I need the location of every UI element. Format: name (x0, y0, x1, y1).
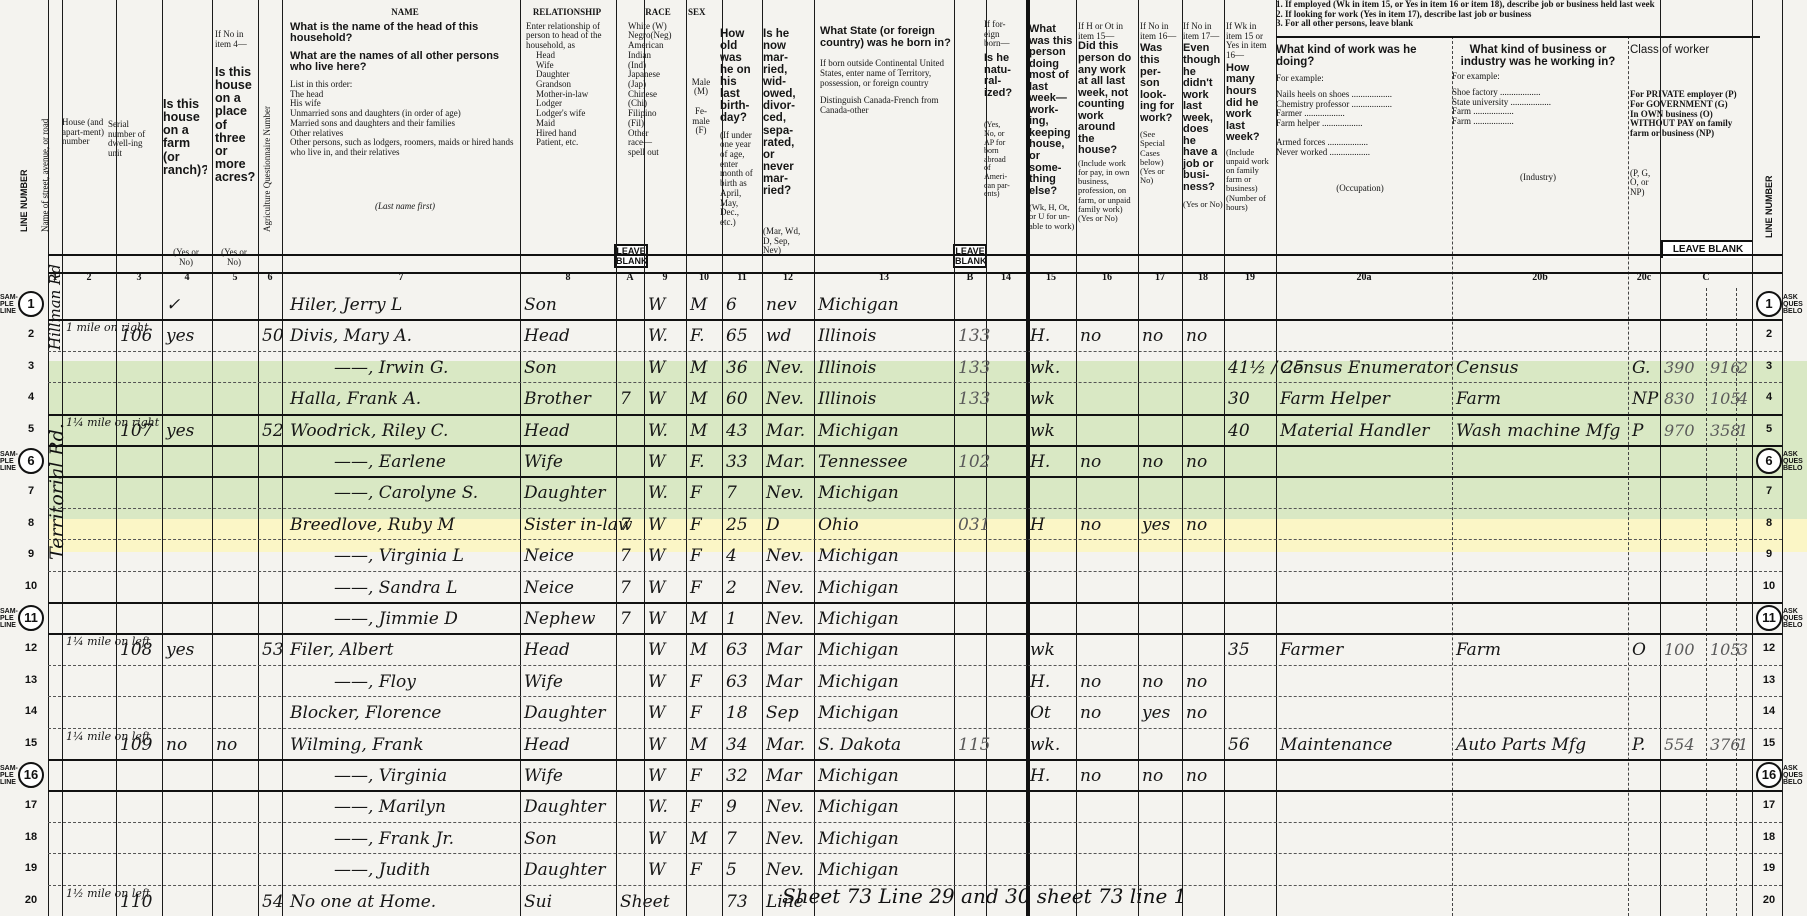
name-cell: ——, Judith (334, 853, 431, 884)
leave-blank-a-cell: 7 (620, 539, 631, 570)
farm-cell: ✓ (166, 288, 180, 319)
address-cell (66, 855, 160, 886)
marital-status-cell: D (766, 508, 780, 539)
activity-cell: wk. (1030, 728, 1060, 759)
name-cell: Filer, Albert (290, 633, 393, 664)
leave-blank-b-cell: 133 (958, 351, 990, 382)
header-c7-hint: (Last name first) (290, 202, 520, 212)
header-c13-question: What State (or foreign country) was he b… (820, 26, 960, 49)
column-number: 17 (1138, 272, 1182, 288)
line-number-left: 20 (20, 894, 42, 906)
name-cell: ——, Floy (334, 665, 416, 696)
relationship-cell: Nephew (524, 602, 595, 633)
line-number-left: 7 (20, 485, 42, 497)
birthplace-cell: Tennessee (818, 445, 908, 476)
coding-cell-c1: 390 (1664, 351, 1695, 382)
header-list-item: List in this order: (290, 80, 520, 90)
address-cell (66, 667, 160, 698)
address-cell (66, 510, 160, 541)
address-cell (66, 604, 160, 635)
header-c18-hint: (Yes or No) (1183, 200, 1223, 209)
race-cell: W. (648, 319, 668, 350)
line-number-label-left: LINE NUMBER (19, 170, 29, 233)
age-cell: 2 (726, 571, 737, 602)
street-annotation-territorial: Territorial Rd. (46, 423, 68, 560)
header-c12-question: Is he now mar-ried, wid-owed, divor-ced,… (763, 28, 807, 197)
table-row: 77——, Carolyne S.DaughterW.F7Nev.Michiga… (0, 476, 1807, 507)
marital-status-cell: Nev. (766, 351, 804, 382)
line-number-left: 15 (20, 737, 42, 749)
occupation-cell: Farm Helper (1280, 382, 1390, 413)
header-c8-text: Enter relationship of person to head of … (526, 22, 608, 51)
age-cell: 6 (726, 288, 737, 319)
name-cell: ——, Carolyne S. (334, 476, 478, 507)
header-divider (48, 272, 1782, 274)
header-c18-pre: If No in item 17— (1183, 22, 1223, 41)
table-row: 1919——, JudithDaughterWF5Nev.Michigan (0, 853, 1807, 884)
column-number: 18 (1182, 272, 1224, 288)
acres-cell: no (216, 728, 237, 759)
column-number: 11 (722, 272, 762, 288)
agri-number-cell: 54 (262, 885, 284, 916)
birthplace-cell: Michigan (818, 633, 899, 664)
marital-status-cell: Nev. (766, 822, 804, 853)
address-cell (66, 573, 160, 604)
coding-cell-c3: 4 (1738, 382, 1748, 413)
race-cell: W. (648, 414, 668, 445)
coding-cell-c2: 376 (1710, 728, 1741, 759)
header-c14: If for-eign born— Is he natu-ral-ized? (… (984, 20, 1014, 199)
birthplace-cell: Michigan (818, 853, 899, 884)
marital-status-cell: Mar (766, 665, 802, 696)
header-c14-question: Is he natu-ral-ized? (984, 53, 1014, 99)
header-c13-text2: Distinguish Canada-French from Canada-ot… (820, 96, 960, 115)
has-job-cell: no (1186, 665, 1207, 696)
birthplace-cell: Michigan (818, 288, 899, 319)
activity-cell: H. (1030, 759, 1050, 790)
coding-cell-c2: 916 (1710, 351, 1741, 382)
header-list-item: Patient, etc. (536, 138, 608, 148)
name-cell: ——, Virginia L (334, 539, 464, 570)
header-c20b: What kind of business or industry was he… (1452, 44, 1624, 182)
farm-cell: yes (166, 633, 194, 664)
table-row: 551¼ mile on right107yes52Woodrick, Rile… (0, 414, 1807, 445)
did-work-cell: no (1080, 508, 1101, 539)
line-number-label-right: LINE NUMBER (1764, 176, 1774, 239)
table-row: 33——, Irwin G.SonWM36Nev.Illinois133wk.4… (0, 351, 1807, 382)
marital-status-cell: Mar. (766, 414, 805, 445)
did-work-cell: no (1080, 696, 1101, 727)
age-cell: 65 (726, 319, 748, 350)
footer-note: Sheet 73 Line 29 and 30 sheet 73 line 1 (782, 884, 1186, 908)
race-cell: W (648, 633, 665, 664)
column-number: 8 (520, 272, 616, 288)
did-work-cell: no (1080, 445, 1101, 476)
activity-cell: wk (1030, 382, 1055, 413)
race-cell: W (648, 288, 665, 319)
column-number: 2 (62, 272, 116, 288)
line-number-left: 3 (20, 360, 42, 372)
coding-cell-c3: 1 (1738, 414, 1748, 445)
header-c20c-list: For PRIVATE employer (P)For GOVERNMENT (… (1630, 90, 1752, 139)
relationship-cell: Daughter (524, 790, 606, 821)
looking-for-work-cell: yes (1142, 696, 1170, 727)
relationship-cell: Head (524, 414, 570, 445)
agri-number-cell: 52 (262, 414, 284, 445)
line-number-left: 2 (20, 328, 42, 340)
sex-cell: F. (690, 445, 705, 476)
hours-cell: 35 (1228, 633, 1250, 664)
leave-blank-a-cell: 7 (620, 602, 631, 633)
relationship-cell: Wife (524, 759, 563, 790)
birthplace-cell: Michigan (818, 790, 899, 821)
coding-cell-c3: 1 (1738, 728, 1748, 759)
activity-cell: wk. (1030, 351, 1060, 382)
industry-cell: Census (1456, 351, 1518, 382)
relationship-cell: Sui (524, 885, 552, 916)
header-c10: SEX Male(M) Fe-male(F) (688, 8, 714, 136)
name-cell: Wilming, Frank (290, 728, 424, 759)
relationship-cell: Wife (524, 665, 563, 696)
age-cell: 63 (726, 665, 748, 696)
line-number-right: 5 (1758, 423, 1780, 435)
race-cell: W (648, 665, 665, 696)
hours-cell: 30 (1228, 382, 1250, 413)
birthplace-cell: Michigan (818, 696, 899, 727)
header-c19: If Wk in item 15 or Yes in item 16— How … (1226, 22, 1272, 212)
class-of-worker-cell: NP (1632, 382, 1658, 413)
looking-for-work-cell: no (1142, 319, 1163, 350)
line-number-right: 3 (1758, 360, 1780, 372)
relationship-cell: Daughter (524, 696, 606, 727)
race-cell: W (648, 696, 665, 727)
coding-cell-c2: 105 (1710, 382, 1741, 413)
industry-cell: Farm (1456, 633, 1501, 664)
age-cell: 36 (726, 351, 748, 382)
column-number: 13 (814, 272, 954, 288)
did-work-cell: no (1080, 759, 1101, 790)
farm-cell: yes (166, 414, 194, 445)
column-number: 16 (1076, 272, 1138, 288)
birthplace-cell: Michigan (818, 571, 899, 602)
house-number-cell: 110 (120, 885, 152, 916)
leave-blank-a: LEAVEBLANK (614, 244, 648, 268)
header-c18: If No in item 17— Even though he didn't … (1183, 22, 1223, 209)
address-cell (66, 541, 160, 572)
age-cell: 32 (726, 759, 748, 790)
leave-blank-b-cell: 102 (958, 445, 990, 476)
race-cell: W. (648, 476, 668, 507)
header-c10-title: SEX (688, 8, 714, 18)
header-c18-question: Even though he didn't work last week, do… (1183, 43, 1223, 193)
age-cell: 63 (726, 633, 748, 664)
has-job-cell: no (1186, 759, 1207, 790)
name-cell: Hiler, Jerry L (290, 288, 402, 319)
header-c16: If H or Ot in item 15— Did this person d… (1078, 22, 1134, 223)
table-row: 1414Blocker, FlorenceDaughterWF18SepMich… (0, 696, 1807, 727)
class-of-worker-cell: O (1632, 633, 1646, 664)
has-job-cell: no (1186, 508, 1207, 539)
coding-cell-c1: 830 (1664, 382, 1695, 413)
sample-line-number-right: 1 (1756, 291, 1782, 317)
race-cell: W (648, 728, 665, 759)
age-cell: 60 (726, 382, 748, 413)
column-number: 4 (162, 272, 212, 288)
header-c17-pre: If No in item 16— (1140, 22, 1178, 41)
header-c20c-title: Class of worker (1630, 44, 1752, 56)
column-number: 10 (686, 272, 722, 288)
header-c16-question: Did this person do any work at all last … (1078, 41, 1134, 156)
column-number: 6 (258, 272, 282, 288)
age-cell: 4 (726, 539, 737, 570)
age-cell: 73 (726, 885, 748, 916)
line-number-left: 5 (20, 423, 42, 435)
line-number-right: 7 (1758, 485, 1780, 497)
looking-for-work-cell: no (1142, 665, 1163, 696)
header-c13: What State (or foreign country) was he b… (820, 26, 960, 116)
has-job-cell: no (1186, 445, 1207, 476)
header-c5-hint: (Yes or No) (214, 248, 254, 267)
column-number: B (954, 272, 986, 288)
address-cell (66, 792, 160, 823)
table-row: 221 mile on right106yes50Divis, Mary A.H… (0, 319, 1807, 350)
relationship-cell: Brother (524, 382, 591, 413)
table-row: 11SAM-PLELINE11ASKQUESBELO——, Jimmie DNe… (0, 602, 1807, 633)
line-number-right: 19 (1758, 862, 1780, 874)
sample-line-number-right: 16 (1756, 762, 1782, 788)
sex-cell: F (690, 696, 702, 727)
relationship-cell: Son (524, 822, 557, 853)
column-number: 20a (1276, 272, 1452, 288)
coding-cell-c1: 100 (1664, 633, 1695, 664)
looking-for-work-cell: yes (1142, 508, 1170, 539)
name-cell: ——, Jimmie D (334, 602, 458, 633)
age-cell: 9 (726, 790, 737, 821)
leave-blank-a-cell: 7 (620, 382, 631, 413)
header-list-item: WITHOUT PAY on family farm or business (… (1630, 119, 1752, 138)
leave-blank-a-cell: Sheet (620, 885, 670, 916)
hours-cell: 56 (1228, 728, 1250, 759)
sample-line-label: SAM-PLELINE (0, 451, 18, 472)
occupation-cell: Material Handler (1280, 414, 1429, 445)
occupation-cell: Maintenance (1280, 728, 1392, 759)
industry-cell: Farm (1456, 382, 1501, 413)
sex-cell: F. (690, 319, 705, 350)
header-c5-pre: If No in item 4— (215, 30, 255, 49)
did-work-cell: no (1080, 665, 1101, 696)
column-number: 15 (1026, 272, 1076, 288)
header-c17-question: Was this per-son look-ing for work? (1140, 43, 1178, 124)
birthplace-cell: Ohio (818, 508, 859, 539)
header-c9-title: RACE (628, 8, 688, 18)
marital-status-cell: Nev. (766, 382, 804, 413)
header-c16-hint: (Include work for pay, in own business, … (1078, 159, 1134, 223)
did-work-cell: no (1080, 319, 1101, 350)
sample-line-label: SAM-PLELINE (0, 765, 18, 786)
leave-blank-b-cell: 133 (958, 382, 990, 413)
header-c15-hint: (Wk, H, Ot, or U for un-able to work) (1029, 203, 1075, 231)
marital-status-cell: Sep (766, 696, 799, 727)
address-cell (66, 447, 160, 478)
activity-cell: H. (1030, 665, 1050, 696)
header-c19-pre: If Wk in item 15 or Yes in item 16— (1226, 22, 1272, 61)
sex-cell: M (690, 822, 707, 853)
column-number: 5 (212, 272, 258, 288)
leave-blank-a-cell: 7 (620, 571, 631, 602)
relationship-cell: Head (524, 728, 570, 759)
race-cell: W (648, 508, 665, 539)
marital-status-cell: Mar. (766, 728, 805, 759)
birthplace-cell: Illinois (818, 382, 876, 413)
header-c13-text1: If born outside Continental United State… (820, 59, 960, 88)
header-c4-hint: (Yes or No) (166, 248, 206, 267)
header-list-item: (F) (688, 126, 714, 136)
sex-cell: M (690, 414, 707, 445)
relationship-cell: Son (524, 351, 557, 382)
address-cell (66, 478, 160, 509)
header-c15: What was this person doing most of last … (1029, 24, 1075, 231)
age-cell: 43 (726, 414, 748, 445)
class-of-worker-cell: P. (1632, 728, 1645, 759)
house-number-cell: 108 (120, 633, 152, 664)
line-number-right: 12 (1758, 642, 1780, 654)
name-cell: Halla, Frank A. (290, 382, 421, 413)
leave-blank-a-cell: 7 (620, 508, 631, 539)
sex-cell: F (690, 665, 702, 696)
occupation-cell: Census Enumerator (1280, 351, 1452, 382)
activity-cell: wk (1030, 414, 1055, 445)
table-row: 44Halla, Frank A.Brother7WM60Nev.Illinoi… (0, 382, 1807, 413)
birthplace-cell: Michigan (818, 602, 899, 633)
house-number-cell: 106 (120, 319, 152, 350)
has-job-cell: no (1186, 319, 1207, 350)
header-c20a: What kind of work was he doing? For exam… (1276, 44, 1444, 194)
name-cell: Woodrick, Riley C. (290, 414, 448, 445)
house-number-cell: 107 (120, 414, 152, 445)
header-c9-list: White (W)Negro(Neg)AmericanIndian(Ind)Ja… (628, 22, 688, 158)
sex-cell: F (690, 853, 702, 884)
marital-status-cell: Nev. (766, 790, 804, 821)
header-divider (48, 254, 1782, 256)
name-cell: ——, Frank Jr. (334, 822, 454, 853)
birthplace-cell: Michigan (818, 759, 899, 790)
name-cell: ——, Irwin G. (334, 351, 448, 382)
line-number-left: 14 (20, 705, 42, 717)
race-cell: W. (648, 790, 668, 821)
sex-cell: F (690, 759, 702, 790)
age-cell: 7 (726, 476, 737, 507)
line-number-right: 8 (1758, 517, 1780, 529)
marital-status-cell: nev (766, 288, 797, 319)
street-annotation-hillman: Hillman Rd (46, 264, 64, 350)
line-number-right: 18 (1758, 831, 1780, 843)
activity-cell: wk (1030, 633, 1055, 664)
industry-cell: Wash machine Mfg (1456, 414, 1620, 445)
leave-blank-b-cell: 115 (958, 728, 990, 759)
agri-number-cell: 53 (262, 633, 284, 664)
name-cell: ——, Earlene (334, 445, 446, 476)
header-c12-hint: (Mar, Wd, D, Sep, Nev) (763, 227, 807, 256)
line-number-right: 15 (1758, 737, 1780, 749)
column-number: C (1660, 272, 1752, 288)
sample-line-label: SAM-PLELINE (0, 608, 18, 629)
header-c4-question: Is this house on a farm (or ranch)? (163, 98, 207, 177)
looking-for-work-cell: no (1142, 445, 1163, 476)
column-number: 20c (1628, 272, 1660, 288)
table-row: 1717——, MarilynDaughterW.F9Nev.Michigan (0, 790, 1807, 821)
header-c20a-hint: (Occupation) (1276, 184, 1444, 194)
header-c20c-hint: (P, G, O, or NP) (1630, 169, 1656, 198)
header-list-item: Farm helper .................. (1276, 119, 1444, 129)
birthplace-cell: Michigan (818, 822, 899, 853)
class-of-worker-cell: G. (1632, 351, 1650, 382)
header-c17: If No in item 16— Was this per-son look-… (1140, 22, 1178, 185)
relationship-cell: Sister in-law (524, 508, 632, 539)
line-number-left: 12 (20, 642, 42, 654)
relationship-cell: Daughter (524, 853, 606, 884)
race-cell: W (648, 571, 665, 602)
industry-cell: Auto Parts Mfg (1456, 728, 1586, 759)
age-cell: 34 (726, 728, 748, 759)
header-list-item: Farm .................. (1452, 117, 1624, 127)
ask-questions-below-label: ASKQUESBELO (1783, 294, 1803, 315)
header-instructions: 1. If employed (Wk in item 15, or Yes in… (1276, 0, 1756, 29)
agri-number-cell: 50 (262, 319, 284, 350)
sex-cell: M (690, 602, 707, 633)
marital-status-cell: Nev. (766, 571, 804, 602)
address-cell (66, 290, 160, 321)
age-cell: 7 (726, 822, 737, 853)
line-number-left: 17 (20, 799, 42, 811)
sample-line-number-right: 11 (1756, 605, 1782, 631)
leave-blank-b: LEAVEBLANK (953, 244, 987, 268)
has-job-cell: no (1186, 696, 1207, 727)
header-list-item: spell out (628, 148, 688, 158)
table-row: 88Breedlove, Ruby MSister in-law7WF25DOh… (0, 508, 1807, 539)
address-cell (66, 824, 160, 855)
sex-cell: M (690, 288, 707, 319)
line-number-left: 4 (20, 391, 42, 403)
hours-cell: 40 (1228, 414, 1250, 445)
column-number: 14 (986, 272, 1026, 288)
name-cell: ——, Marilyn (334, 790, 446, 821)
table-row: 1313——, FloyWifeWF63MarMichiganH.nonono (0, 665, 1807, 696)
marital-status-cell: Nev. (766, 602, 804, 633)
header-c12: Is he now mar-ried, wid-owed, divor-ced,… (763, 28, 807, 256)
sex-cell: F (690, 539, 702, 570)
sample-line-number-left: 6 (18, 448, 44, 474)
table-row: 15151¼ mile on left109nonoWilming, Frank… (0, 728, 1807, 759)
line-number-left: 10 (20, 580, 42, 592)
sex-cell: F (690, 508, 702, 539)
birthplace-cell: Michigan (818, 414, 899, 445)
relationship-cell: Head (524, 319, 570, 350)
name-cell: Blocker, Florence (290, 696, 441, 727)
header-divider (1276, 36, 1760, 38)
table-row: 1818——, Frank Jr.SonWM7Nev.Michigan (0, 822, 1807, 853)
table-row: 16SAM-PLELINE16ASKQUESBELO——, VirginiaWi… (0, 759, 1807, 790)
header-list-item: Other persons, such as lodgers, roomers,… (290, 138, 520, 157)
header-c7-q2: What are the names of all other persons … (290, 51, 520, 74)
line-number-left: 13 (20, 674, 42, 686)
table-row: 12121¼ mile on left108yes53Filer, Albert… (0, 633, 1807, 664)
leave-blank-b-cell: 031 (958, 508, 990, 539)
house-number-cell: 109 (120, 728, 152, 759)
column-number: 9 (644, 272, 686, 288)
header-c7-title: NAME (290, 8, 520, 18)
relationship-cell: Son (524, 288, 557, 319)
header-c7: NAME What is the name of the head of thi… (290, 8, 520, 211)
